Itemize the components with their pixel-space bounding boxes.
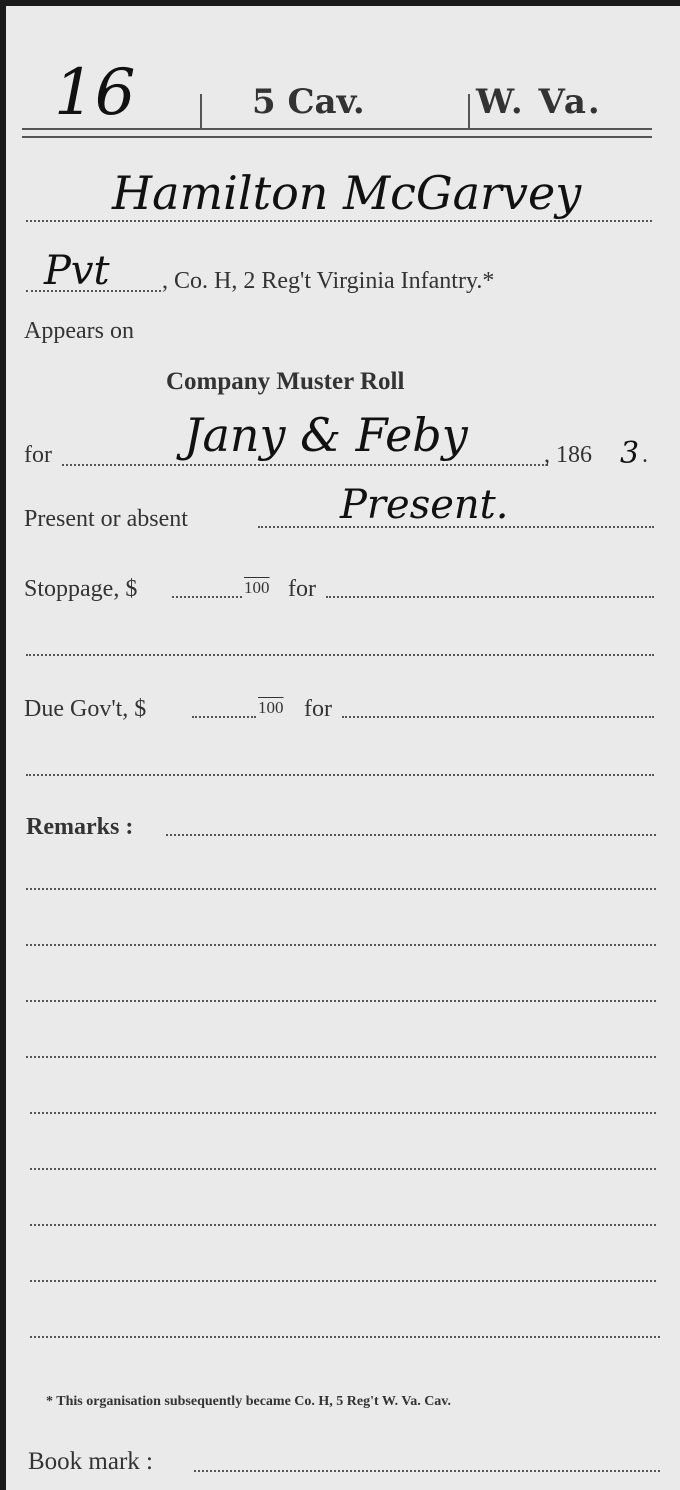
remarks-line (26, 1000, 656, 1002)
due-govt-for-label: for (304, 696, 332, 723)
year-prefix: , 186 (544, 442, 592, 469)
appears-on-label: Appears on (24, 318, 134, 345)
remarks-line (30, 1224, 656, 1226)
year-suffix: 3 (620, 436, 639, 471)
book-mark-line (194, 1470, 660, 1472)
remarks-line (30, 1336, 660, 1338)
unit-label: 5 Cav. (252, 82, 365, 122)
due-govt-line-2 (26, 774, 654, 776)
remarks-line (166, 834, 656, 836)
header-rule-bottom (22, 136, 652, 138)
header-divider (200, 94, 202, 130)
due-govt-dollars-line (192, 716, 256, 718)
remarks-label: Remarks : (26, 814, 133, 841)
stoppage-line-2 (26, 654, 654, 656)
due-govt-cents: 100 (258, 698, 284, 718)
soldier-name: Hamilton McGarvey (112, 166, 581, 220)
year-end: . (642, 442, 648, 469)
book-mark-label: Book mark : (28, 1448, 153, 1476)
for-label: for (24, 442, 52, 469)
footnote: * This organisation subsequently became … (46, 1394, 451, 1410)
present-absent-label: Present or absent (24, 506, 188, 533)
stoppage-for-line (326, 596, 654, 598)
roll-type: Company Muster Roll (166, 368, 404, 396)
stoppage-for-label: for (288, 576, 316, 603)
remarks-line (26, 888, 656, 890)
period-value: Jany & Feby (184, 408, 468, 462)
header-divider (468, 94, 470, 130)
remarks-line (26, 944, 656, 946)
due-govt-label: Due Gov't, $ (24, 696, 146, 723)
stoppage-cents: 100 (244, 578, 270, 598)
remarks-line (30, 1112, 656, 1114)
header-rule-top (22, 128, 652, 130)
name-line (26, 220, 652, 222)
present-absent-value: Present. (340, 482, 508, 528)
period-line (62, 464, 548, 466)
remarks-line (30, 1280, 656, 1282)
card-number: 16 (54, 56, 135, 130)
stoppage-label: Stoppage, $ (24, 576, 137, 603)
rank: Pvt (44, 248, 110, 294)
due-govt-for-line (342, 716, 654, 718)
organization: , Co. H, 2 Reg't Virginia Infantry.* (162, 268, 494, 295)
remarks-line (26, 1056, 656, 1058)
remarks-line (30, 1168, 656, 1170)
state-label: W. Va. (476, 82, 602, 122)
stoppage-dollars-line (172, 596, 242, 598)
muster-roll-card: 16 5 Cav. W. Va. Hamilton McGarvey Pvt ,… (6, 6, 680, 1490)
